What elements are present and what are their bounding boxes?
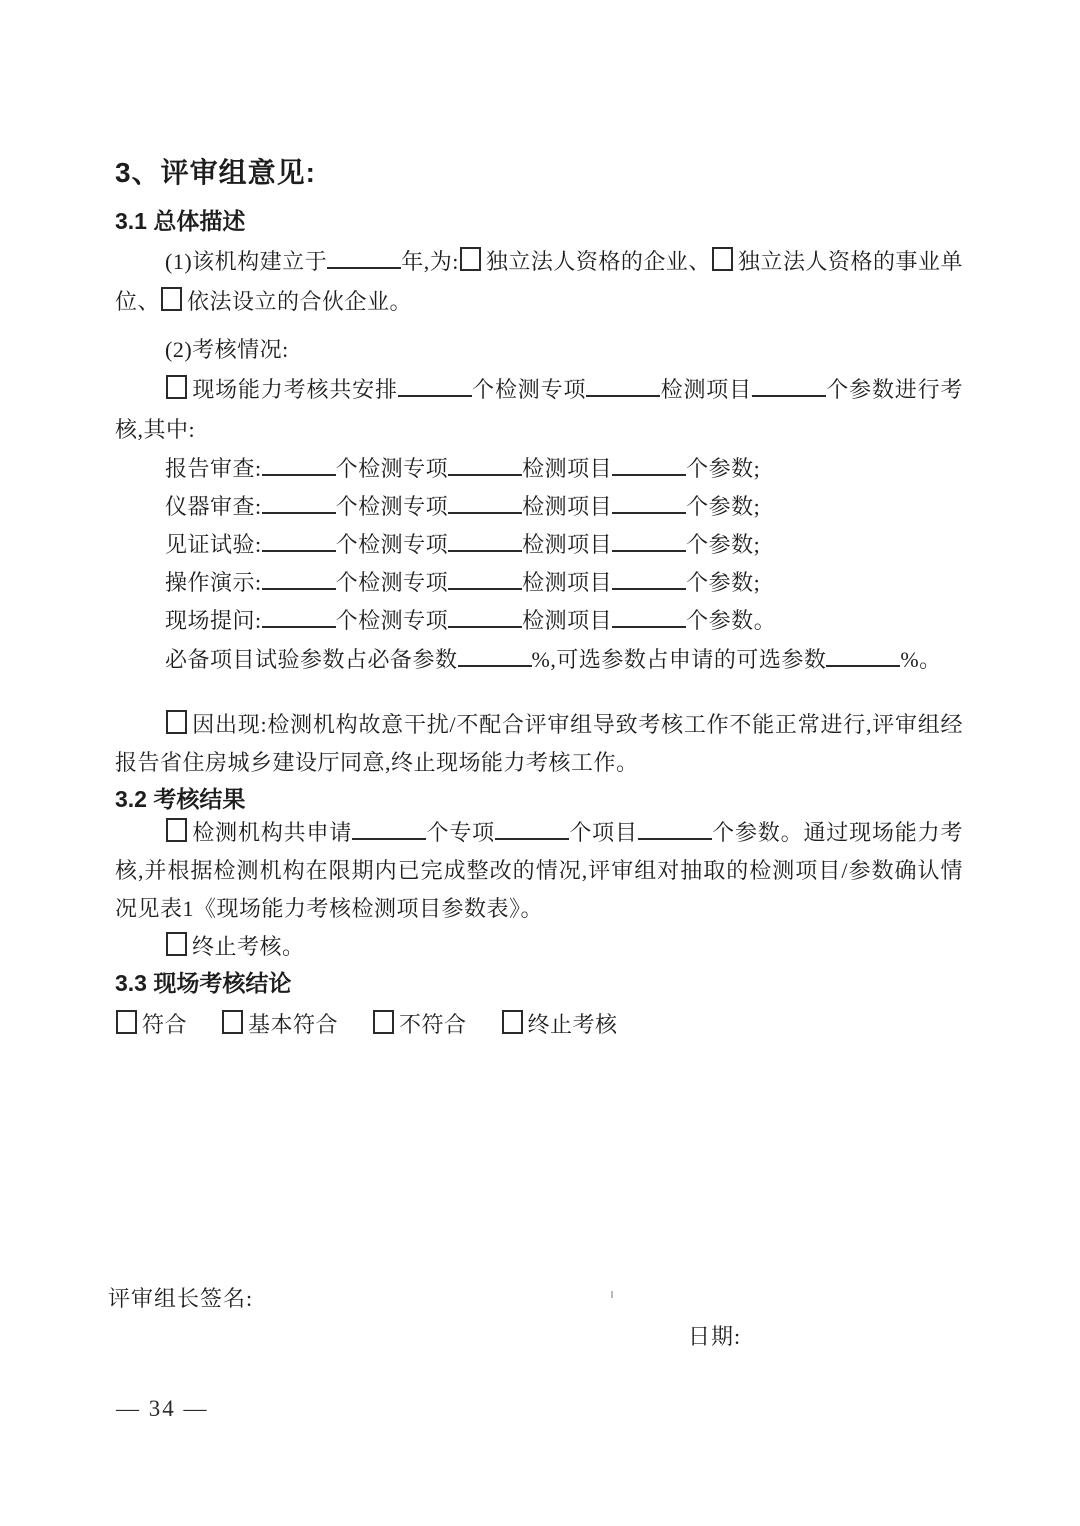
para-institution-info: (1)该机构建立于年,为:独立法人资格的企业、独立法人资格的事业单位、依法设立的… [115, 242, 963, 322]
blank-field [448, 532, 522, 552]
text-run: %。 [900, 647, 941, 672]
blank-field [448, 456, 522, 476]
blank-field [352, 820, 426, 840]
para-assessment-situation-label: (2)考核情况: [115, 330, 963, 370]
text-run: 仪器审查: [165, 494, 262, 519]
blank-field [612, 608, 686, 628]
blank-field [612, 456, 686, 476]
scan-artifact-mark [611, 1291, 613, 1298]
text-run: 个参数; [686, 532, 760, 557]
para-assessment-result: 检测机构共申请个专项个项目个参数。通过现场能力考核,并根据检测机构在限期内已完成… [115, 814, 963, 928]
text-run: 报告审查: [165, 456, 262, 481]
text-run: (2)考核情况: [165, 337, 289, 362]
text-run: 依法设立的合伙企业。 [187, 289, 412, 314]
text-run: 检测项目 [522, 570, 612, 595]
blank-field [448, 570, 522, 590]
checkbox-icon [166, 710, 187, 734]
blank-field [612, 570, 686, 590]
checkbox-icon [166, 818, 187, 842]
assessment-method-row-report-review: 报告审查:个检测专项检测项目个参数; [115, 450, 963, 488]
text-run: 个检测专项 [336, 570, 449, 595]
blank-field [612, 494, 686, 514]
blank-field [495, 820, 569, 840]
text-run: 个检测专项 [336, 494, 449, 519]
assessment-method-row-witness-test: 见证试验:个检测专项检测项目个参数; [115, 526, 963, 564]
text-run: 检测项目 [522, 456, 612, 481]
blank-field [262, 608, 336, 628]
checkbox-icon [166, 932, 187, 956]
text-run: 因出现:检测机构故意干扰/不配合评审组导致考核工作不能正常进行,评审组经报告省住… [115, 712, 963, 775]
blank-field [327, 249, 401, 269]
blank-field [612, 532, 686, 552]
text-run: 个检测专项 [472, 377, 587, 402]
text-run: 检测项目 [660, 377, 752, 402]
checkbox-icon [116, 1010, 137, 1034]
checkbox-icon [460, 247, 481, 271]
text-run: 年,为: [401, 249, 459, 274]
section-3-3-heading: 3.3 现场考核结论 [115, 968, 963, 998]
text-run: 检测项目 [522, 608, 612, 633]
text-run: 个项目 [569, 820, 638, 845]
date-label: 日期: [688, 1320, 741, 1351]
text-run: 个检测专项 [336, 532, 449, 557]
text-run: 现场提问: [165, 608, 262, 633]
text-run: 个参数; [686, 494, 760, 519]
para-termination-clause: 因出现:检测机构故意干扰/不配合评审组导致考核工作不能正常进行,评审组经报告省住… [115, 706, 963, 782]
section-3-1-heading: 3.1 总体描述 [115, 206, 963, 236]
checkbox-icon [502, 1010, 523, 1034]
text-run: 个专项 [426, 820, 495, 845]
conclusion-options-row: 符合基本符合不符合终止考核 [115, 1006, 963, 1044]
section-3-2-heading: 3.2 考核结果 [115, 784, 963, 814]
checkbox-icon [373, 1010, 394, 1034]
text-run: 检测机构共申请 [192, 820, 352, 845]
blank-field [458, 647, 532, 667]
text-run: 个参数; [686, 456, 760, 481]
assessment-method-row-onsite-question: 现场提问:个检测专项检测项目个参数。 [115, 602, 963, 640]
text-run: 个检测专项 [336, 456, 449, 481]
document-body: 3、评审组意见: 3.1 总体描述 (1)该机构建立于年,为:独立法人资格的企业… [115, 156, 963, 1044]
reviewer-signature-label: 评审组长签名: [108, 1282, 253, 1313]
para-terminate-assessment: 终止考核。 [115, 928, 963, 966]
blank-field [398, 377, 472, 397]
text-run: 个参数; [686, 570, 760, 595]
text-run: %,可选参数占申请的可选参数 [532, 647, 827, 672]
text-run: 独立法人资格的企业、 [486, 249, 711, 274]
text-run: (1)该机构建立于 [165, 249, 327, 274]
document-page: 3、评审组意见: 3.1 总体描述 (1)该机构建立于年,为:独立法人资格的企业… [0, 0, 1080, 1526]
blank-field [262, 456, 336, 476]
text-run: 个参数。 [686, 608, 776, 633]
checkbox-icon [166, 375, 187, 399]
section-3-heading: 3、评审组意见: [115, 156, 963, 190]
text-run: 检测项目 [522, 494, 612, 519]
text-run: 终止考核。 [192, 934, 305, 959]
para-onsite-assessment-arrangement: 现场能力考核共安排个检测专项检测项目个参数进行考核,其中: [115, 370, 963, 450]
blank-field [448, 494, 522, 514]
text-run: 必备项目试验参数占必备参数 [165, 647, 458, 672]
checkbox-icon [712, 247, 733, 271]
blank-field [638, 820, 712, 840]
blank-field [262, 532, 336, 552]
text-run: 见证试验: [165, 532, 262, 557]
assessment-method-row-operation-demo: 操作演示:个检测专项检测项目个参数; [115, 564, 963, 602]
assessment-method-row-instrument-review: 仪器审查:个检测专项检测项目个参数; [115, 488, 963, 526]
blank-field [826, 647, 900, 667]
blank-field [262, 494, 336, 514]
text-run: 个检测专项 [336, 608, 449, 633]
text-run: 操作演示: [165, 570, 262, 595]
page-number: — 34 — [116, 1396, 209, 1422]
blank-field [586, 377, 660, 397]
text-run: 现场能力考核共安排 [192, 377, 398, 402]
text-run: 基本符合 [248, 1012, 338, 1037]
blank-field [448, 608, 522, 628]
checkbox-icon [222, 1010, 243, 1034]
blank-field [262, 570, 336, 590]
blank-field [752, 377, 826, 397]
text-run: 不符合 [399, 1012, 467, 1037]
text-run: 终止考核 [528, 1012, 618, 1037]
text-run: 检测项目 [522, 532, 612, 557]
checkbox-icon [161, 287, 182, 311]
text-run: 符合 [142, 1012, 187, 1037]
para-required-parameters-ratio: 必备项目试验参数占必备参数%,可选参数占申请的可选参数%。 [115, 640, 963, 680]
